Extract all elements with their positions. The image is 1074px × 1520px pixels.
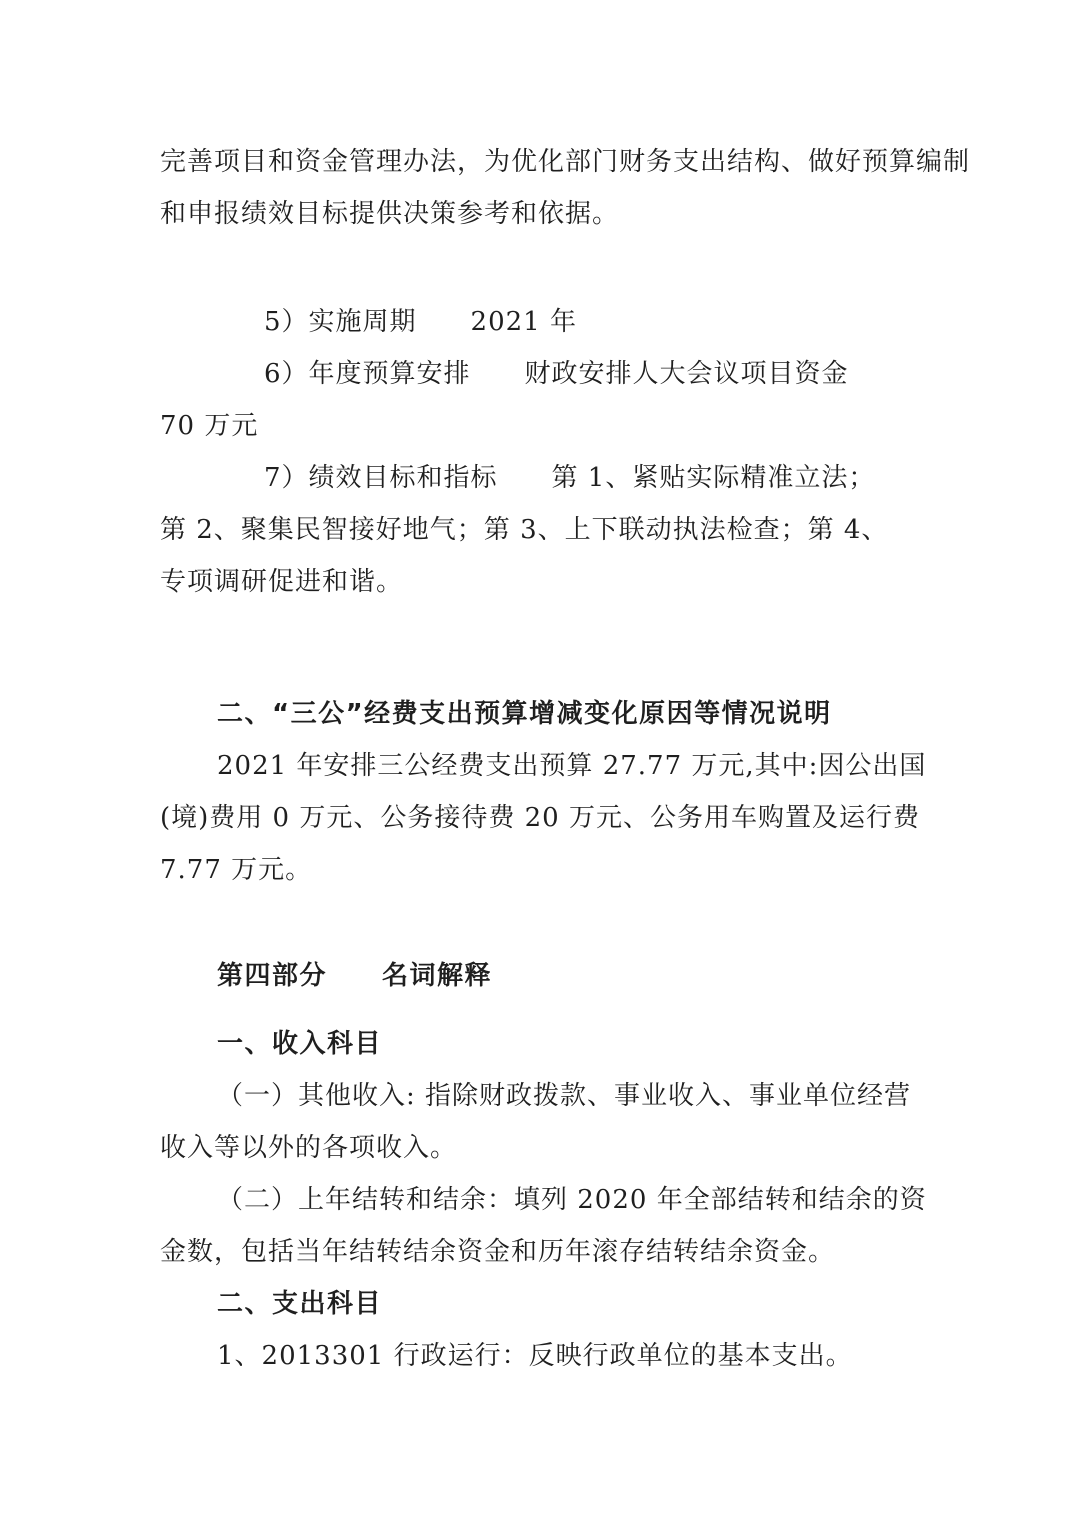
text-line: 1、2013301 行政运行：反映行政单位的基本支出。 [160, 1330, 960, 1382]
text-line: 7.77 万元。 [160, 844, 960, 896]
text-line: 5）实施周期 2021 年 [160, 296, 960, 348]
text-line: 专项调研促进和谐。 [160, 556, 960, 608]
heading-line: 二、支出科目 [160, 1278, 960, 1330]
text-line: 金数，包括当年结转结余资金和历年滚存结转结余资金。 [160, 1226, 960, 1278]
text-line: 第 2、聚集民智接好地气；第 3、上下联动执法检查；第 4、 [160, 504, 960, 556]
document-body: 完善项目和资金管理办法，为优化部门财务支出结构、做好预算编制和申报绩效目标提供决… [160, 136, 960, 1382]
text-line: 完善项目和资金管理办法，为优化部门财务支出结构、做好预算编制 [160, 136, 960, 188]
text-line: （二）上年结转和结余：填列 2020 年全部结转和结余的资 [160, 1174, 960, 1226]
paragraph-gap [160, 608, 960, 688]
text-line: (境)费用 0 万元、公务接待费 20 万元、公务用车购置及运行费 [160, 792, 960, 844]
paragraph-gap [160, 240, 960, 296]
text-line: 70 万元 [160, 400, 960, 452]
document-page: 完善项目和资金管理办法，为优化部门财务支出结构、做好预算编制和申报绩效目标提供决… [0, 0, 1074, 1520]
text-line: 7）绩效目标和指标 第 1、紧贴实际精准立法； [160, 452, 960, 504]
text-line: 收入等以外的各项收入。 [160, 1122, 960, 1174]
text-line: 6）年度预算安排 财政安排人大会议项目资金 [160, 348, 960, 400]
paragraph-gap [160, 896, 960, 950]
heading-line: 一、收入科目 [160, 1018, 960, 1070]
text-line: 2021 年安排三公经费支出预算 27.77 万元,其中:因公出国 [160, 740, 960, 792]
paragraph-gap [160, 1002, 960, 1018]
heading-line: 第四部分 名词解释 [160, 950, 960, 1002]
heading-line: 二、“三公”经费支出预算增减变化原因等情况说明 [160, 688, 960, 740]
text-line: （一）其他收入: 指除财政拨款、事业收入、事业单位经营 [160, 1070, 960, 1122]
text-line: 和申报绩效目标提供决策参考和依据。 [160, 188, 960, 240]
